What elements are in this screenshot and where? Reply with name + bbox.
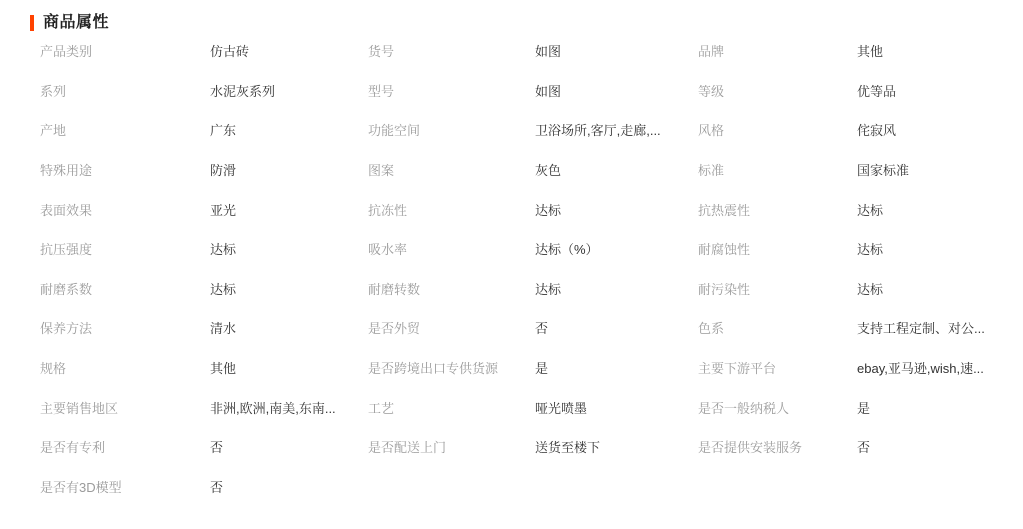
attr-label: 表面效果 xyxy=(40,200,210,219)
attr-label: 是否跨境出口专供货源 xyxy=(368,358,535,377)
attr-label: 图案 xyxy=(368,160,535,179)
attr-value: 否 xyxy=(210,437,368,456)
attr-value: 达标 xyxy=(210,279,368,298)
attr-label: 特殊用途 xyxy=(40,160,210,179)
attr-label: 耐污染性 xyxy=(698,279,857,298)
attr-label: 标准 xyxy=(698,160,857,179)
attr-label: 主要销售地区 xyxy=(40,398,210,417)
attribute-row: 是否有专利否是否配送上门送货至楼下是否提供安装服务否 xyxy=(0,427,1023,467)
attr-value: 如图 xyxy=(535,81,698,100)
attr-value: 水泥灰系列 xyxy=(210,81,368,100)
attr-label: 是否一般纳税人 xyxy=(698,398,857,417)
attr-value: 广东 xyxy=(210,120,368,139)
attr-label: 耐腐蚀性 xyxy=(698,239,857,258)
attr-label: 风格 xyxy=(698,120,857,139)
attr-value: 防滑 xyxy=(210,160,368,179)
attr-value: 支持工程定制、对公... xyxy=(857,318,1023,337)
attr-label: 是否有3D模型 xyxy=(40,477,210,496)
attr-label: 是否有专利 xyxy=(40,437,210,456)
attr-value: 其他 xyxy=(210,358,368,377)
attribute-row: 特殊用途防滑图案灰色标准国家标准 xyxy=(0,150,1023,190)
attr-label: 吸水率 xyxy=(368,239,535,258)
attribute-row: 主要销售地区非洲,欧洲,南美,东南...工艺哑光喷墨是否一般纳税人是 xyxy=(0,387,1023,427)
attr-value: 达标 xyxy=(857,200,1023,219)
attr-value: 否 xyxy=(210,477,368,496)
attr-label: 规格 xyxy=(40,358,210,377)
attr-value: 优等品 xyxy=(857,81,1023,100)
attr-value: 送货至楼下 xyxy=(535,437,698,456)
attr-value: 否 xyxy=(535,318,698,337)
attr-value: 达标 xyxy=(857,239,1023,258)
attr-label: 抗压强度 xyxy=(40,239,210,258)
attr-value: 达标 xyxy=(535,200,698,219)
attr-label: 产品类别 xyxy=(40,41,210,60)
attr-label: 产地 xyxy=(40,120,210,139)
attr-label: 主要下游平台 xyxy=(698,358,857,377)
attr-label: 是否配送上门 xyxy=(368,437,535,456)
attr-label: 抗冻性 xyxy=(368,200,535,219)
attr-value: ebay,亚马逊,wish,速... xyxy=(857,358,1023,377)
attr-label: 是否提供安装服务 xyxy=(698,437,857,456)
attr-label: 型号 xyxy=(368,81,535,100)
attr-value: 达标（%） xyxy=(535,239,698,258)
attr-label: 色系 xyxy=(698,318,857,337)
attribute-row: 规格其他是否跨境出口专供货源是主要下游平台ebay,亚马逊,wish,速... xyxy=(0,348,1023,388)
attr-label: 货号 xyxy=(368,41,535,60)
attribute-row: 系列水泥灰系列型号如图等级优等品 xyxy=(0,71,1023,111)
accent-bar-icon xyxy=(30,15,34,31)
attr-label: 系列 xyxy=(40,81,210,100)
attr-label: 耐磨转数 xyxy=(368,279,535,298)
attr-label: 是否外贸 xyxy=(368,318,535,337)
attr-label: 等级 xyxy=(698,81,857,100)
attr-value: 是 xyxy=(535,358,698,377)
attr-label: 品牌 xyxy=(698,41,857,60)
attr-value: 侘寂风 xyxy=(857,120,1023,139)
attr-label: 工艺 xyxy=(368,398,535,417)
section-title: 商品属性 xyxy=(43,15,109,31)
attr-label: 抗热震性 xyxy=(698,200,857,219)
attribute-row: 耐磨系数达标耐磨转数达标耐污染性达标 xyxy=(0,269,1023,309)
attributes-table: 产品类别仿古砖货号如图品牌其他系列水泥灰系列型号如图等级优等品产地广东功能空间卫… xyxy=(0,31,1023,506)
attr-value: 清水 xyxy=(210,318,368,337)
attribute-row: 是否有3D模型否 xyxy=(0,467,1023,507)
attr-value: 达标 xyxy=(535,279,698,298)
attribute-row: 产品类别仿古砖货号如图品牌其他 xyxy=(0,31,1023,71)
attr-value: 哑光喷墨 xyxy=(535,398,698,417)
attr-value: 国家标准 xyxy=(857,160,1023,179)
attribute-row: 抗压强度达标吸水率达标（%）耐腐蚀性达标 xyxy=(0,229,1023,269)
attr-label: 耐磨系数 xyxy=(40,279,210,298)
attr-value: 卫浴场所,客厅,走廊,... xyxy=(535,120,698,139)
attr-value: 是 xyxy=(857,398,1023,417)
attr-value: 否 xyxy=(857,437,1023,456)
attribute-row: 产地广东功能空间卫浴场所,客厅,走廊,...风格侘寂风 xyxy=(0,110,1023,150)
attr-value: 其他 xyxy=(857,41,1023,60)
attribute-row: 表面效果亚光抗冻性达标抗热震性达标 xyxy=(0,189,1023,229)
attr-value: 灰色 xyxy=(535,160,698,179)
attribute-row: 保养方法清水是否外贸否色系支持工程定制、对公... xyxy=(0,308,1023,348)
attr-label: 保养方法 xyxy=(40,318,210,337)
product-attributes-section: 商品属性 产品类别仿古砖货号如图品牌其他系列水泥灰系列型号如图等级优等品产地广东… xyxy=(0,0,1023,529)
attr-label: 功能空间 xyxy=(368,120,535,139)
attr-value: 仿古砖 xyxy=(210,41,368,60)
attr-value: 达标 xyxy=(857,279,1023,298)
attr-value: 如图 xyxy=(535,41,698,60)
attr-value: 亚光 xyxy=(210,200,368,219)
section-header: 商品属性 xyxy=(0,0,1023,31)
attr-value: 达标 xyxy=(210,239,368,258)
attr-value: 非洲,欧洲,南美,东南... xyxy=(210,398,368,417)
